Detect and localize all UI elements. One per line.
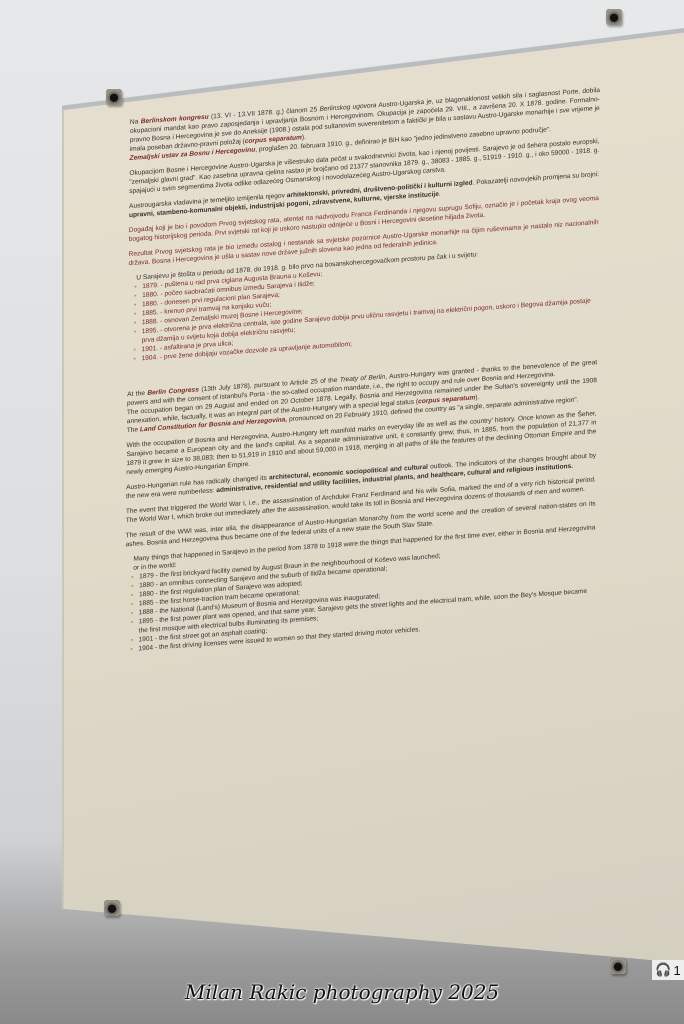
mounting-bolt-bottom-left [104,900,120,916]
headphones-icon: 🎧 [655,962,671,978]
mounting-bolt-bottom-right [610,958,626,974]
photographer-watermark: Milan Rakic photography 2025 [0,980,684,1004]
audio-guide-number: 1 [673,963,680,978]
plaque-text: Na Berlinskom kongresu (13. VI - 13.VII … [122,86,600,879]
mounting-bolt-top-right [606,9,622,25]
audio-guide-tag: 🎧 1 [652,960,684,980]
mounting-bolt-top-left [106,89,122,105]
